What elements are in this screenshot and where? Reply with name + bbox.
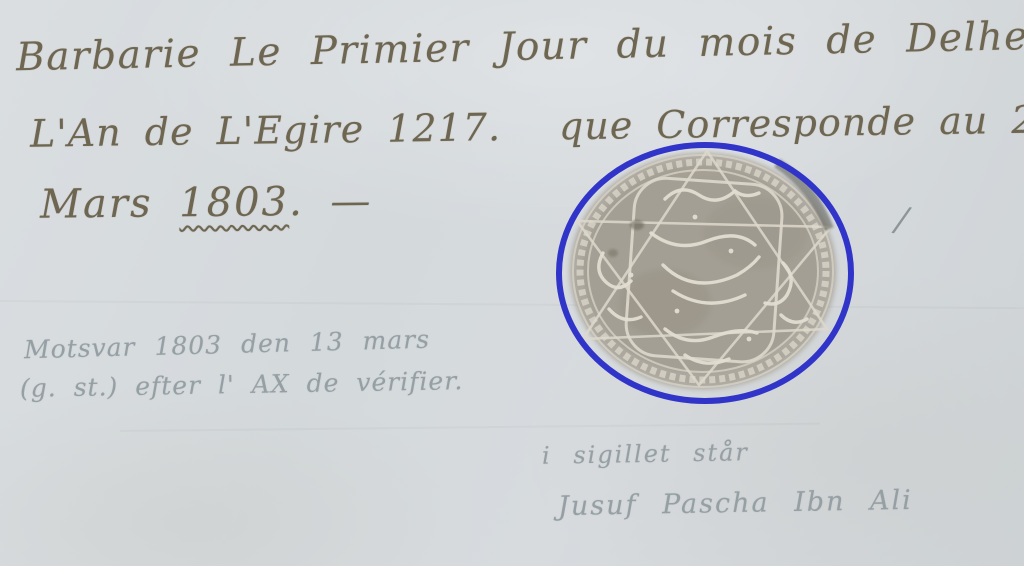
month-word: Mars (40, 181, 153, 228)
manuscript-line-1-text: Barbarie Le Primier Jour du mois de Delh… (16, 13, 1024, 81)
paper-crease (0, 300, 1024, 309)
pencil-note-line-2: (g. st.) efter l' AX de vérifier. (20, 366, 464, 403)
pencil-note-line-1: Motsvar 1803 den 13 mars (24, 325, 431, 365)
document-scan: Barbarie Le Primier Jour du mois de Delh… (0, 0, 1024, 566)
ottoman-seal (545, 133, 865, 423)
seal-spot (630, 220, 644, 230)
paper-crease (120, 423, 820, 432)
underlined-year: 1803 (179, 179, 289, 226)
stray-pencil-mark: / (893, 199, 910, 240)
line-3-end: . — (289, 178, 373, 225)
seal-caption-line-2: Jusuf Pascha Ibn Ali (558, 485, 913, 522)
seal-caption-line-1: i sigillet står (542, 438, 749, 470)
manuscript-line-3: Mars 1803. — (40, 178, 373, 227)
manuscript-line-1: Barbarie Le Primier Jour du mois de Delh… (16, 13, 1024, 81)
seal-graphic (545, 133, 865, 423)
manuscript-line-2: L'An de L'Egire 1217.que Corresponde au … (30, 96, 1024, 155)
manuscript-line-2a: L'An de L'Egire 1217. (30, 105, 502, 156)
